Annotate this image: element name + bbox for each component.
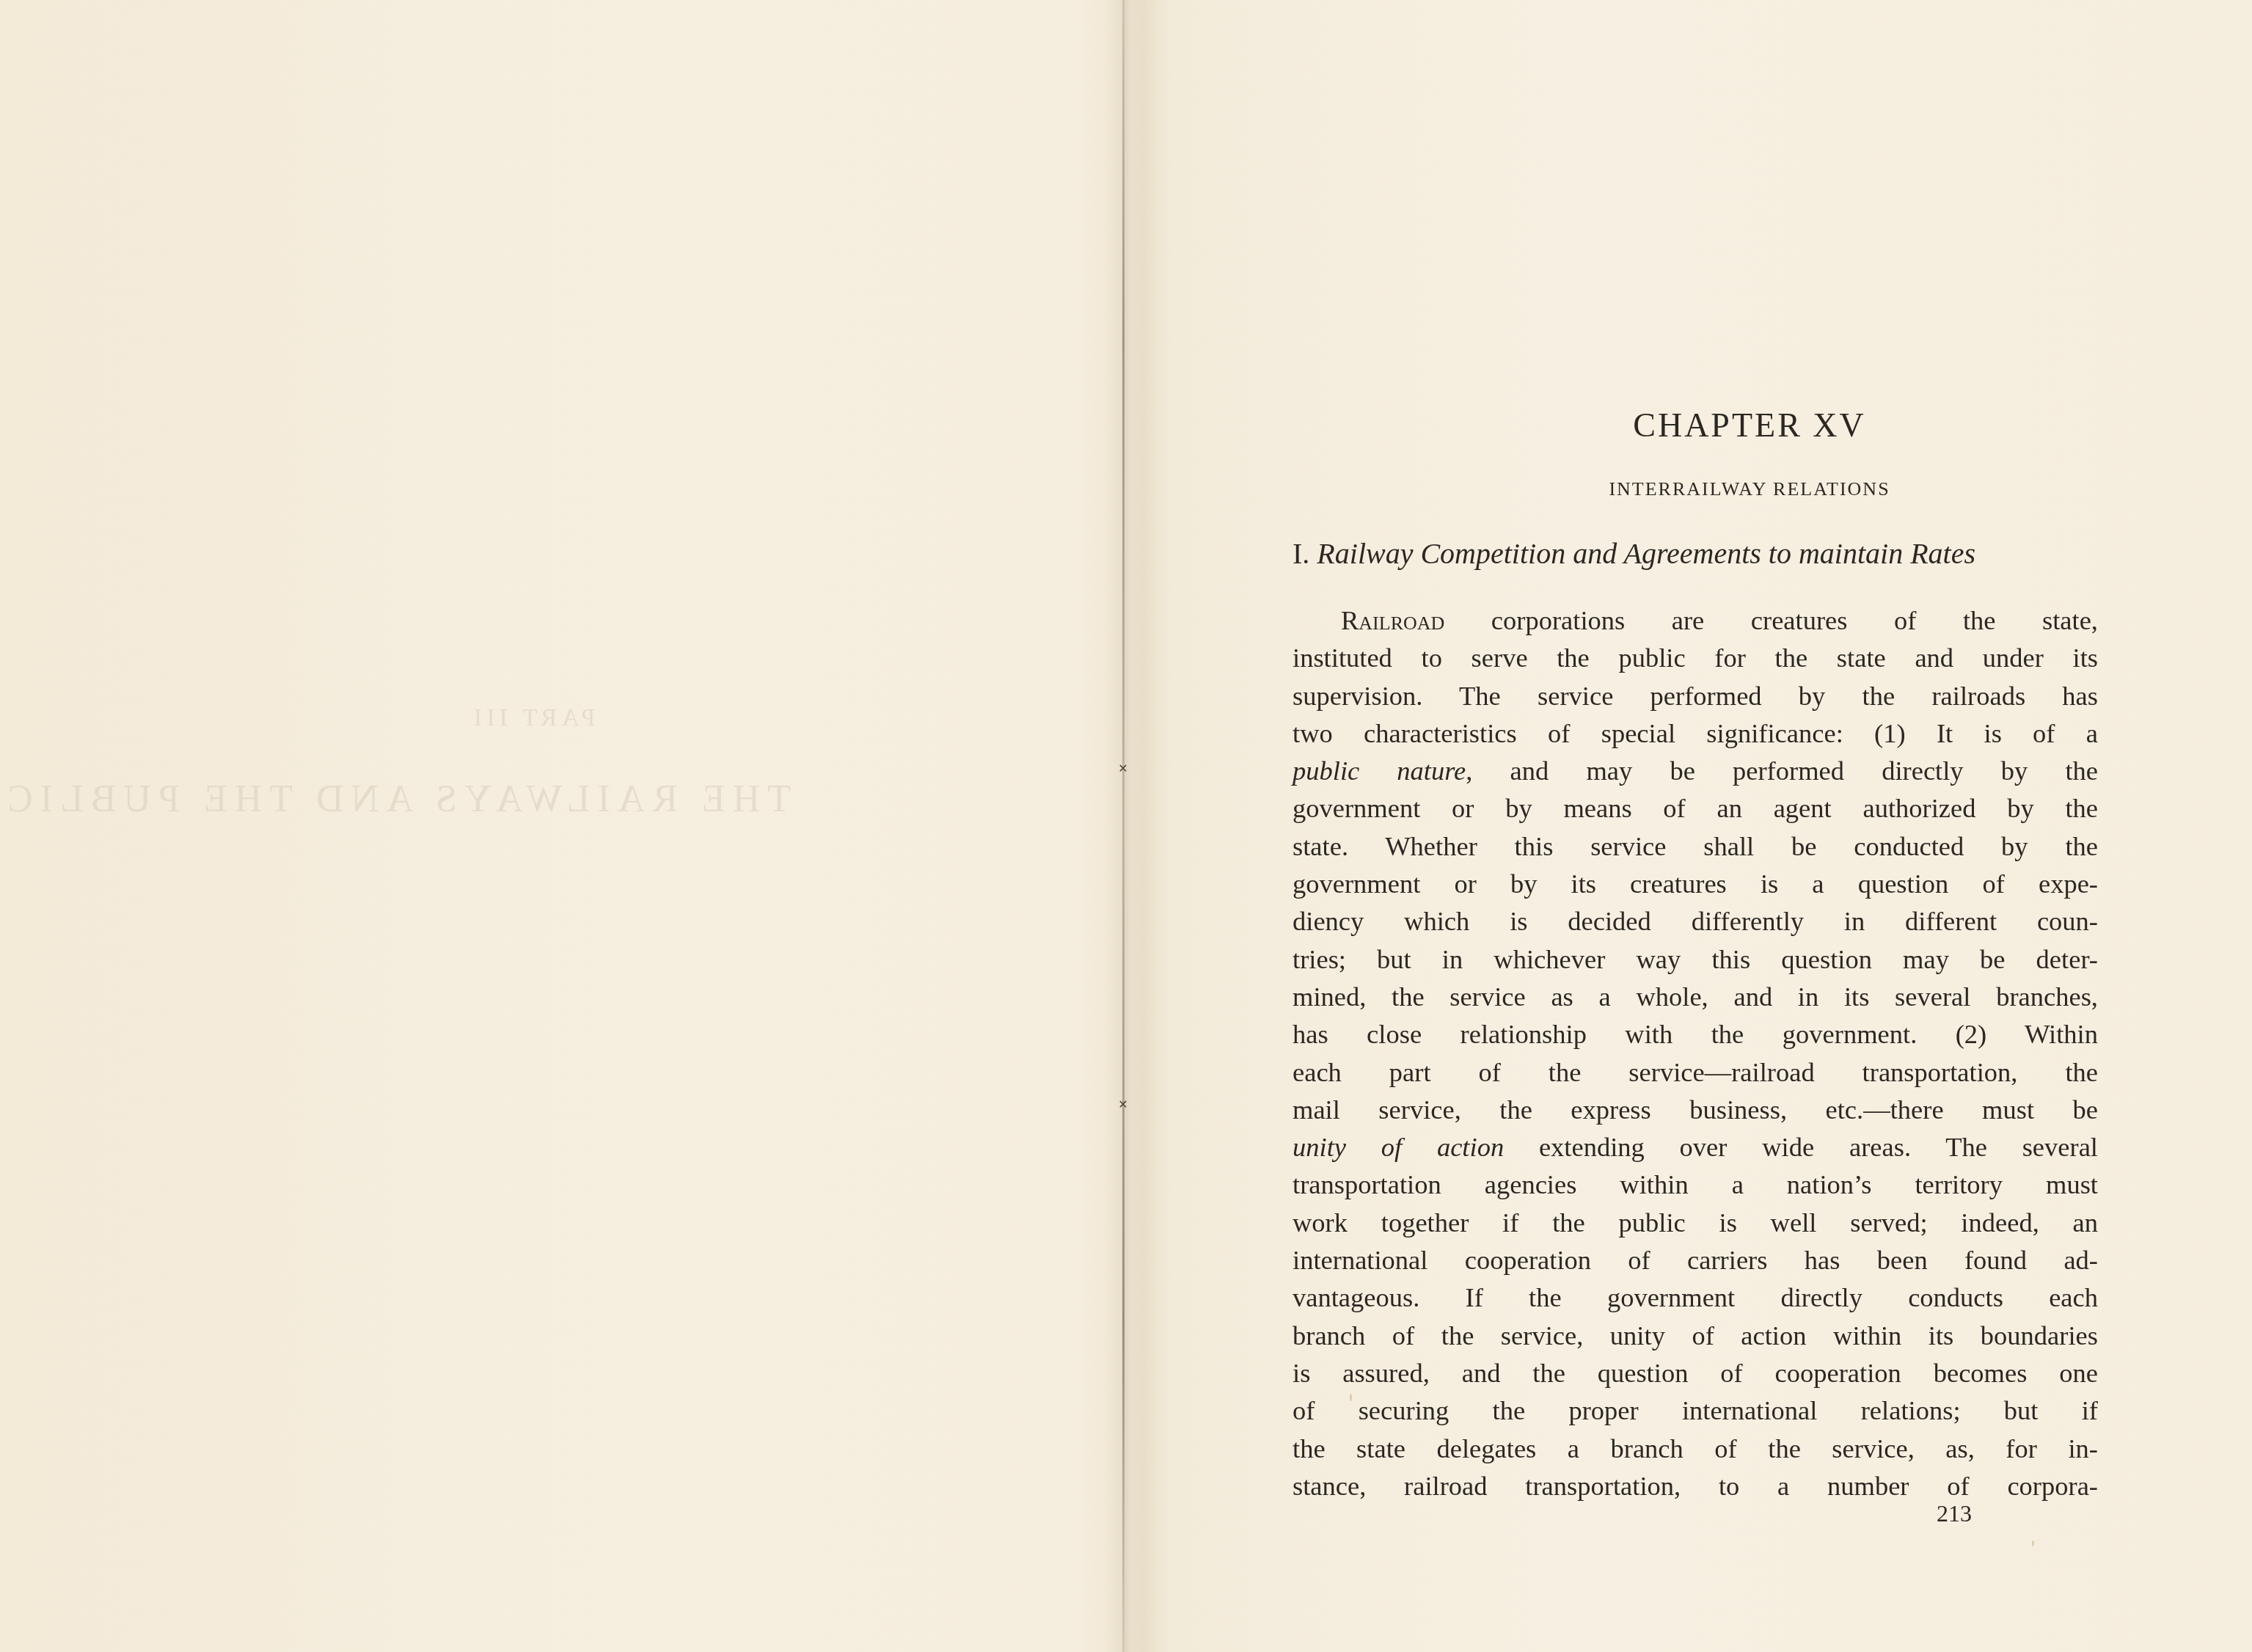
text-line: branch of the service, unity of action w… [1293, 1317, 2098, 1354]
text-run: , and may be performed directly by the [1466, 756, 2098, 786]
text-run: of securing the proper international rel… [1293, 1395, 2098, 1425]
text-line: of securing the proper international rel… [1293, 1392, 2098, 1429]
emphasis-text: public nature [1293, 756, 1466, 786]
book-gutter [1122, 0, 1125, 1652]
text-run: branch of the service, unity of action w… [1293, 1320, 2098, 1351]
text-run: mined, the service as a whole, and in it… [1293, 982, 2098, 1012]
text-line: international cooperation of carriers ha… [1293, 1241, 2098, 1279]
text-line: tries; but in whichever way this questio… [1293, 940, 2098, 978]
text-run: international cooperation of carriers ha… [1293, 1245, 2098, 1275]
text-run: each part of the service—railroad transp… [1293, 1057, 2098, 1087]
text-run: supervision. The service performed by th… [1293, 681, 2098, 711]
text-line: supervision. The service performed by th… [1293, 677, 2098, 714]
text-run: state. Whether this service shall be con… [1293, 831, 2098, 861]
text-line: stance, railroad transportation, to a nu… [1293, 1467, 2098, 1505]
text-run: work together if the public is well serv… [1293, 1207, 2098, 1238]
text-line: government or by means of an agent autho… [1293, 789, 2098, 827]
text-line: unity of action extending over wide area… [1293, 1128, 2098, 1166]
text-line: mail service, the express business, etc.… [1293, 1091, 2098, 1128]
text-run: vantageous. If the government directly c… [1293, 1282, 2098, 1312]
text-run: mail service, the express business, etc.… [1293, 1094, 2098, 1125]
text-line: diency which is decided differently in d… [1293, 902, 2098, 940]
text-run: the state delegates a branch of the serv… [1293, 1433, 2098, 1463]
text-run: government or by means of an agent autho… [1293, 793, 2098, 823]
text-run: government or by its creatures is a ques… [1293, 869, 2098, 899]
bleed-through-title: THE RAILWAYS AND THE PUBLIC [0, 778, 791, 821]
paper-speck [1350, 1394, 1352, 1401]
text-run: stance, railroad transportation, to a nu… [1293, 1471, 2098, 1501]
text-line: public nature, and may be performed dire… [1293, 752, 2098, 789]
text-run: Railroad [1341, 605, 1444, 635]
text-line: the state delegates a branch of the serv… [1293, 1430, 2098, 1467]
text-run: corporations are creatures of the state, [1444, 605, 2098, 635]
text-line: state. Whether this service shall be con… [1293, 827, 2098, 865]
text-line: instituted to serve the public for the s… [1293, 639, 2098, 676]
text-line: is assured, and the question of cooperat… [1293, 1354, 2098, 1392]
text-line: work together if the public is well serv… [1293, 1204, 2098, 1241]
body-paragraph: Railroad corporations are creatures of t… [1293, 602, 2098, 1505]
text-run: two characteristics of special significa… [1293, 718, 2098, 748]
text-run: instituted to serve the public for the s… [1293, 643, 2098, 673]
bleed-through-part-label: PART III [469, 704, 596, 732]
binding-stitch-icon: ✕ [1116, 1100, 1130, 1111]
text-run: transportation agencies within a nation’… [1293, 1169, 2098, 1199]
text-line: has close relationship with the governme… [1293, 1015, 2098, 1053]
text-run: extending over wide areas. The several [1504, 1132, 2098, 1162]
text-line: vantageous. If the government directly c… [1293, 1279, 2098, 1316]
book-spread: PART III THE RAILWAYS AND THE PUBLIC ✕ ✕… [0, 0, 2252, 1652]
text-line: mined, the service as a whole, and in it… [1293, 978, 2098, 1015]
right-page: CHAPTER XV INTERRAILWAY RELATIONS I. Rai… [1130, 0, 2252, 1652]
text-line: transportation agencies within a nation’… [1293, 1166, 2098, 1203]
text-run: tries; but in whichever way this questio… [1293, 944, 2098, 974]
text-line: two characteristics of special significa… [1293, 714, 2098, 752]
paper-speck [2032, 1540, 2034, 1546]
section-title: Railway Competition and Agreements to ma… [1317, 537, 1975, 570]
text-run: has close relationship with the governme… [1293, 1019, 2098, 1049]
chapter-subtitle: INTERRAILWAY RELATIONS [1130, 478, 2252, 500]
left-page: PART III THE RAILWAYS AND THE PUBLIC [0, 0, 1127, 1652]
emphasis-text: unity of action [1293, 1132, 1504, 1162]
text-run: is assured, and the question of cooperat… [1293, 1358, 2098, 1388]
section-numeral: I. [1293, 537, 1309, 570]
chapter-title: CHAPTER XV [1130, 406, 2252, 445]
text-line: each part of the service—railroad transp… [1293, 1053, 2098, 1091]
binding-stitch-icon: ✕ [1116, 764, 1130, 775]
page-number: 213 [1937, 1500, 1972, 1527]
section-heading: I. Railway Competition and Agreements to… [1293, 536, 1975, 571]
text-run: diency which is decided differently in d… [1293, 906, 2098, 936]
text-line: Railroad corporations are creatures of t… [1293, 602, 2098, 639]
text-line: government or by its creatures is a ques… [1293, 865, 2098, 902]
